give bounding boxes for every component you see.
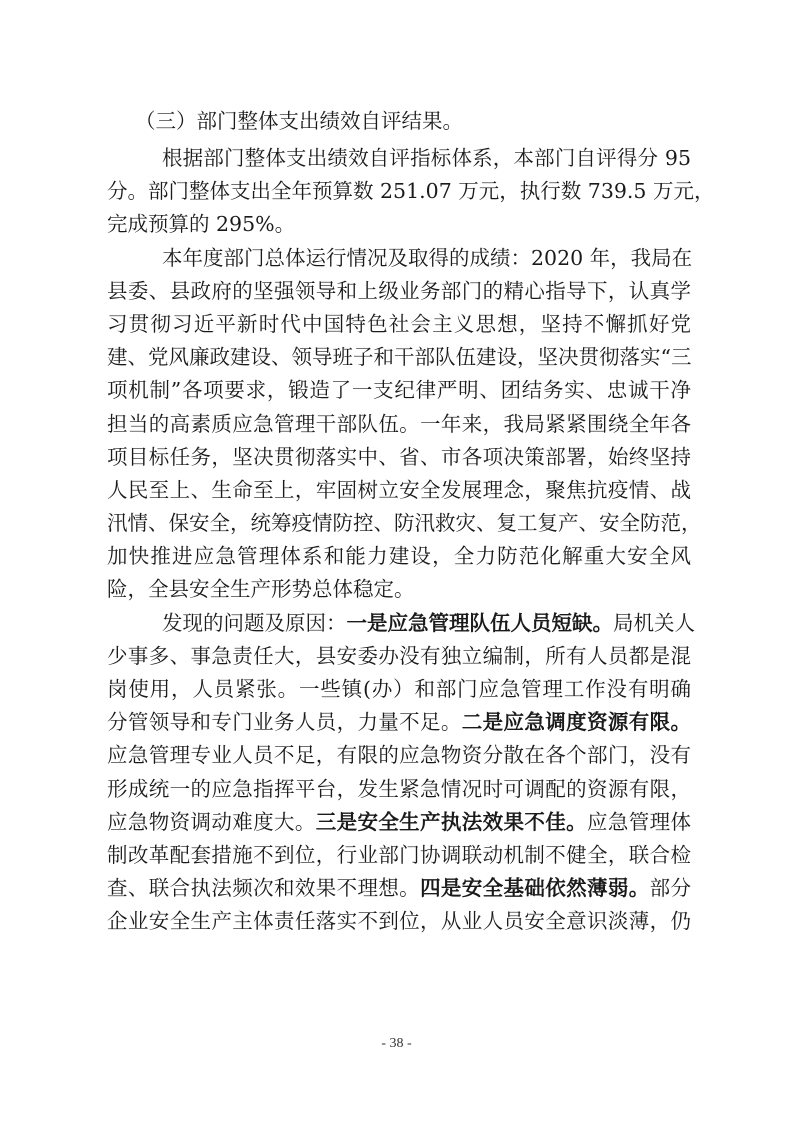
text-run: 局机关人: [613, 611, 695, 635]
text-line: 分管领导和专门业务人员，力量不足。二是应急调度资源有限。: [107, 706, 691, 739]
text-line: 险，全县安全生产形势总体稳定。: [107, 573, 691, 606]
text-line: 根据部门整体支出绩效自评指标体系，本部门自评得分 95: [107, 142, 691, 175]
text-line: 项目标任务，坚决贯彻落实中、省、市各项决策部署，始终坚持: [107, 441, 691, 474]
text-run: 应急物资调动难度大。: [107, 810, 316, 834]
problems-label: 发现的问题及原因：: [162, 611, 347, 635]
text-run: 部分: [650, 876, 691, 900]
text-line: 加快推进应急管理体系和能力建设，全力防范化解重大安全风: [107, 540, 691, 573]
text-line: 形成统一的应急指挥平台，发生紧急情况时可调配的资源有限，: [107, 773, 691, 806]
text-line: 汛情、保安全，统筹疫情防控、防汛救灾、复工复产、安全防范，: [107, 507, 691, 540]
problem-4-heading: 四是安全基础依然薄弱。: [420, 876, 650, 900]
text-run: 分管领导和专门业务人员，力量不足。: [107, 710, 462, 734]
text-line: 人民至上、生命至上，牢固树立安全发展理念，聚焦抗疫情、战: [107, 474, 691, 507]
text-line: 应急物资调动难度大。三是安全生产执法效果不佳。应急管理体: [107, 806, 691, 839]
document-page-body: （三）部门整体支出绩效自评结果。 根据部门整体支出绩效自评指标体系，本部门自评得…: [107, 104, 691, 939]
section-heading: （三）部门整体支出绩效自评结果。: [107, 104, 691, 139]
text-line: 查、联合执法频次和效果不理想。四是安全基础依然薄弱。部分: [107, 872, 691, 905]
text-line: 发现的问题及原因：一是应急管理队伍人员短缺。局机关人: [107, 607, 691, 640]
text-line: 习贯彻习近平新时代中国特色社会主义思想，坚持不懈抓好党: [107, 308, 691, 341]
text-line: 担当的高素质应急管理干部队伍。一年来，我局紧紧围绕全年各: [107, 408, 691, 441]
problem-2-heading: 二是应急调度资源有限。: [462, 710, 691, 734]
paragraph-problems: 发现的问题及原因：一是应急管理队伍人员短缺。局机关人 少事多、事急责任大，县安委…: [107, 607, 691, 939]
text-line: 制改革配套措施不到位，行业部门协调联动机制不健全，联合检: [107, 839, 691, 872]
page-number: - 38 -: [0, 1036, 793, 1052]
text-line: 分。部门整体支出全年预算数 251.07 万元，执行数 739.5 万元，: [107, 175, 691, 208]
text-run: 查、联合执法频次和效果不理想。: [107, 876, 420, 900]
text-line: 应急管理专业人员不足，有限的应急物资分散在各个部门，没有: [107, 739, 691, 772]
text-line: 项机制”各项要求，锻造了一支纪律严明、团结务实、忠诚干净: [107, 374, 691, 407]
text-line: 完成预算的 295%。: [107, 208, 691, 241]
text-line: 建、党风廉政建设、领导班子和干部队伍建设，坚决贯彻落实“三: [107, 341, 691, 374]
text-line: 少事多、事急责任大，县安委办没有独立编制，所有人员都是混: [107, 640, 691, 673]
paragraph-self-evaluation: 根据部门整体支出绩效自评指标体系，本部门自评得分 95 分。部门整体支出全年预算…: [107, 142, 691, 242]
text-line: 岗使用，人员紧张。一些镇(办）和部门应急管理工作没有明确: [107, 673, 691, 706]
text-line: 本年度部门总体运行情况及取得的成绩：2020 年，我局在: [107, 242, 691, 275]
paragraph-achievements: 本年度部门总体运行情况及取得的成绩：2020 年，我局在 县委、县政府的坚强领导…: [107, 242, 691, 607]
text-line: 企业安全生产主体责任落实不到位，从业人员安全意识淡薄，仍: [107, 905, 691, 938]
problem-3-heading: 三是安全生产执法效果不佳。: [316, 810, 587, 834]
problem-1-heading: 一是应急管理队伍人员短缺。: [347, 611, 614, 635]
text-run: 应急管理体: [587, 810, 691, 834]
text-line: 县委、县政府的坚强领导和上级业务部门的精心指导下，认真学: [107, 275, 691, 308]
